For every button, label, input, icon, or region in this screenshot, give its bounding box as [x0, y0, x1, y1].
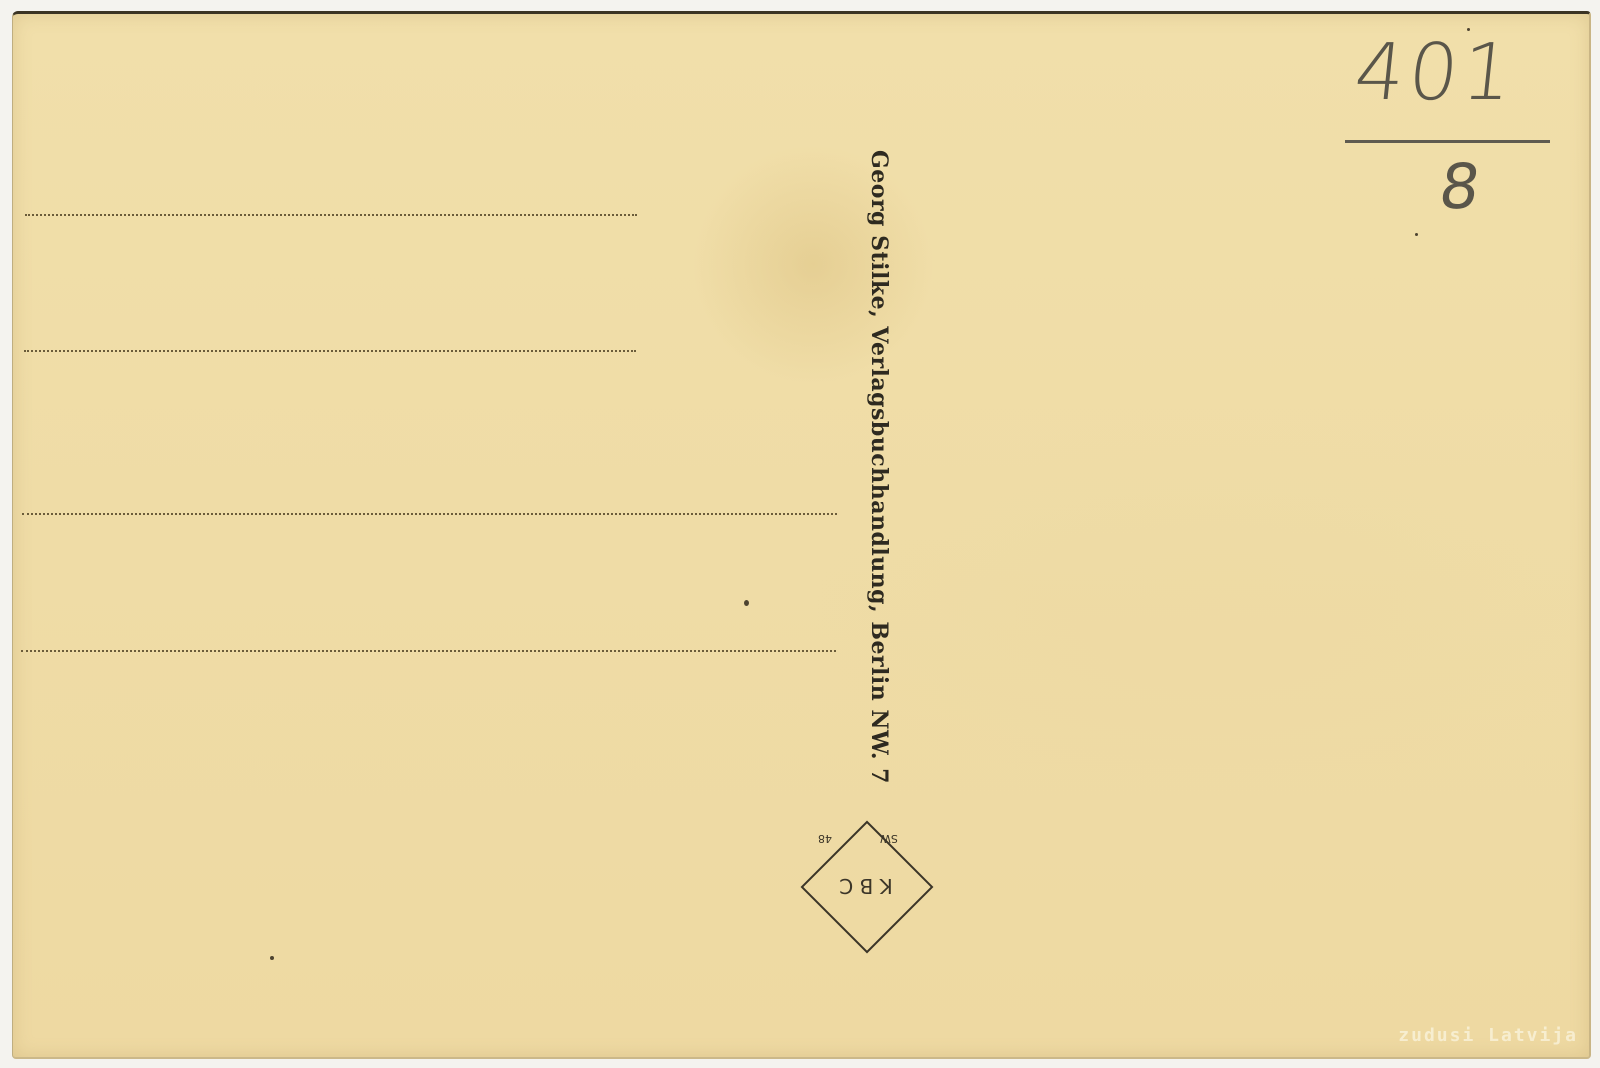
- address-line-3: [22, 513, 837, 515]
- speck: [1415, 233, 1418, 236]
- fraction-bar: [1345, 140, 1550, 143]
- publisher-logo-icon: K B C: [818, 838, 914, 934]
- postcard-back: [12, 11, 1591, 1059]
- publisher-imprint: Georg Stilke, Verlagsbuchhandlung, Berli…: [866, 150, 892, 784]
- handwritten-number: 401: [1350, 28, 1520, 118]
- address-line-2: [24, 350, 636, 352]
- logo-code-left: 48: [818, 832, 832, 845]
- address-line-1: [25, 214, 637, 216]
- logo-code-right: SW: [880, 832, 898, 845]
- speck: [270, 956, 274, 960]
- address-line-4: [21, 650, 836, 652]
- speck: [1467, 28, 1470, 31]
- speck: [744, 600, 749, 606]
- watermark: zudusi Latvija: [1398, 1025, 1578, 1046]
